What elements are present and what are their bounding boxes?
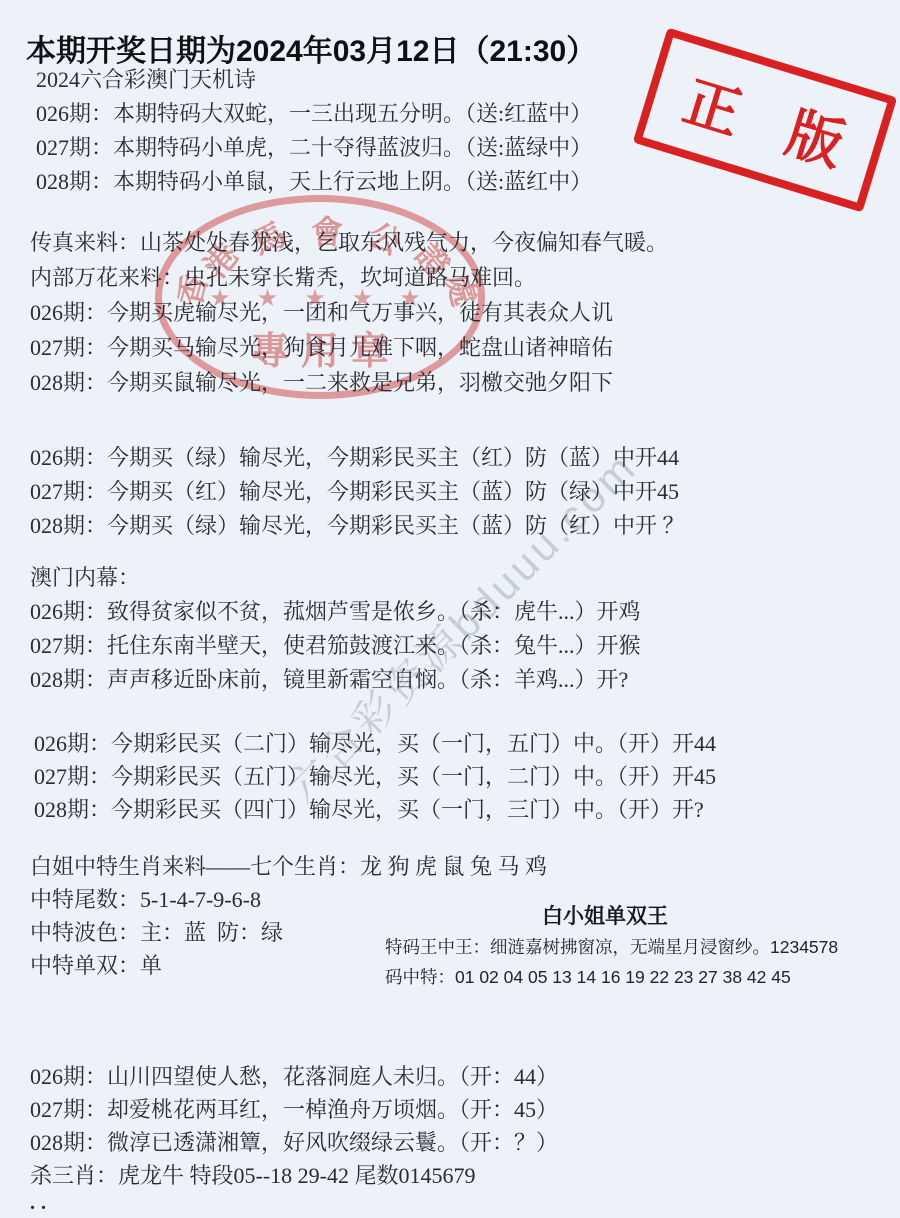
tianji-header: 2024六合彩澳门天机诗 <box>36 63 592 97</box>
genuine-stamp: 正 版 <box>633 28 898 213</box>
baixiaojie-numbers-line: 码中特：01 02 04 05 13 14 16 19 22 23 27 38 … <box>385 962 895 992</box>
baixiaojie-king-line: 特码王中王：细涟嘉树拂窗凉，无端星月浸窗纱。1234578 <box>385 932 895 962</box>
section-aomen: 澳门内幕： 026期：致得贫家似不贫，菰烟芦雪是侬乡。（杀：虎牛...）开鸡 0… <box>30 561 641 697</box>
tianji-line-028: 028期：本期特码小单鼠，天上行云地上阴。（送:蓝红中） <box>36 165 592 199</box>
section-baixiaojie: 白小姐单双王 特码王中王：细涟嘉树拂窗凉，无端星月浸窗纱。1234578 码中特… <box>385 902 895 992</box>
chuanzhen-line: 传真来料：山茶处处春犹浅，乞取东风残气力，今夜偏知春气暖。 <box>30 225 668 260</box>
bottom-line-026: 026期：山川四望使人愁，花落洞庭人未归。（开：44） <box>30 1060 558 1093</box>
secai-line-027: 027期：今期买（红）输尽光，今期彩民买主（蓝）防（绿）中开45 <box>30 475 685 509</box>
lottery-fax-sheet: { "page": { "bg": "#edf1f8" }, "title": … <box>0 0 900 1218</box>
tianji-line-026: 026期：本期特码大双蛇，一三出现五分明。（送:红蓝中） <box>36 97 592 131</box>
secai-line-028: 028期：今期买（绿）输尽光，今期彩民买主（蓝）防（红）中开 ？ <box>30 509 685 543</box>
kill-three-zodiac-line: 杀三肖：虎龙牛 特段05--18 29-42 尾数0145679 <box>30 1159 558 1192</box>
bottom-dots: .. <box>30 1192 558 1215</box>
men-line-026: 026期：今期彩民买（二门）输尽光，买（一门，五门）中。（开）开44 <box>34 727 716 760</box>
bottom-line-027: 027期：却爱桃花两耳红，一棹渔舟万顷烟。（开：45） <box>30 1093 558 1126</box>
bottom-line-028: 028期：微淳已透潇湘簟，好风吹缀绿云鬟。（开：？） <box>30 1126 558 1159</box>
chuanzhen-line-028: 028期：今期买鼠输尽光，一二来救是兄弟，羽檄交弛夕阳下 <box>30 365 668 400</box>
section-men: 026期：今期彩民买（二门）输尽光，买（一门，五门）中。（开）开44 027期：… <box>34 727 716 826</box>
secai-line-026: 026期：今期买（绿）输尽光，今期彩民买主（红）防（蓝）中开44 <box>30 441 685 475</box>
aomen-header: 澳门内幕： <box>30 561 641 595</box>
genuine-stamp-text: 正 版 <box>658 53 872 188</box>
men-line-027: 027期：今期彩民买（五门）输尽光，买（一门，二门）中。（开）开45 <box>34 760 716 793</box>
section-bottom: 026期：山川四望使人愁，花落洞庭人未归。（开：44） 027期：却爱桃花两耳红… <box>30 1060 558 1215</box>
baixiaojie-title: 白小姐单双王 <box>385 902 895 932</box>
chuanzhen-line-027: 027期：今期买马输尽光，狗食月儿难下咽，蛇盘山诸神暗佑 <box>30 330 668 365</box>
neibu-line: 内部万花来料：虫孔未穿长觜秃，坎坷道路马难回。 <box>30 260 668 295</box>
tianji-line-027: 027期：本期特码小单虎，二十夺得蓝波归。（送:蓝绿中） <box>36 131 592 165</box>
section-chuanzhen: 传真来料：山茶处处春犹浅，乞取东风残气力，今夜偏知春气暖。 内部万花来料：虫孔未… <box>30 225 668 400</box>
aomen-line-028: 028期：声声移近卧床前，镜里新霜空自悯。（杀：羊鸡...）开? <box>30 663 641 697</box>
aomen-line-027: 027期：托住东南半壁天，使君笳鼓渡江来。（杀：兔牛...）开猴 <box>30 629 641 663</box>
men-line-028: 028期：今期彩民买（四门）输尽光，买（一门，三门）中。（开）开? <box>34 793 716 826</box>
baijie-zodiac-line: 白姐中特生肖来料——七个生肖：龙 狗 虎 鼠 兔 马 鸡 <box>30 850 547 883</box>
section-tianji: 2024六合彩澳门天机诗 026期：本期特码大双蛇，一三出现五分明。（送:红蓝中… <box>36 63 592 199</box>
aomen-line-026: 026期：致得贫家似不贫，菰烟芦雪是侬乡。（杀：虎牛...）开鸡 <box>30 595 641 629</box>
chuanzhen-line-026: 026期：今期买虎输尽光，一团和气万事兴，徒有其表众人讥 <box>30 295 668 330</box>
section-secai: 026期：今期买（绿）输尽光，今期彩民买主（红）防（蓝）中开44 027期：今期… <box>30 441 685 543</box>
